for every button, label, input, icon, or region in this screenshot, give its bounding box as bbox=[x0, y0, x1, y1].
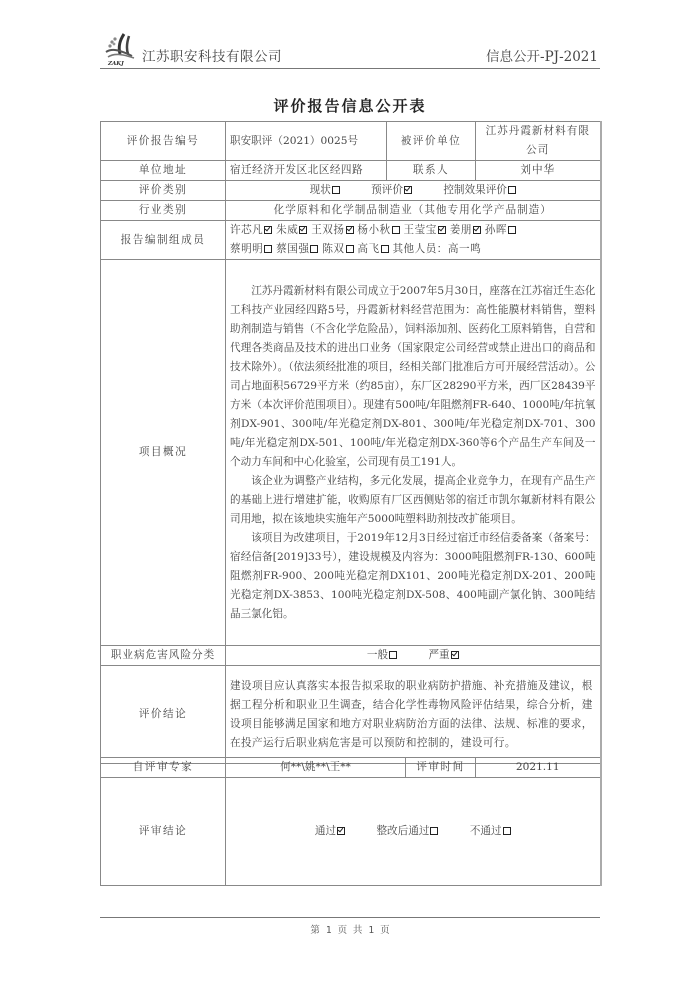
eval-type-options: 现状 预评价 控制效果评价 bbox=[226, 181, 601, 201]
other-members-label: 其他人员： bbox=[392, 243, 447, 255]
report-no-label: 评价报告编号 bbox=[101, 122, 226, 161]
checkbox-icon bbox=[381, 245, 389, 253]
experts-value: 何**\姚**\王** bbox=[226, 758, 406, 778]
evaluated-unit-value: 江苏丹霞新材料有限公司 bbox=[476, 122, 601, 161]
member-3[interactable]: 杨小秋 bbox=[357, 224, 399, 236]
address-label: 单位地址 bbox=[101, 161, 226, 181]
member-8[interactable]: 蔡国强 bbox=[276, 243, 318, 255]
company-name: 江苏职安科技有限公司 bbox=[142, 45, 282, 65]
members-list: 许芯凡 朱威 王双扬 杨小秋 王莹宝 姜朋 孙晖 蔡明明 蔡国强 陈双 高飞 其… bbox=[226, 221, 601, 260]
member-4[interactable]: 王莹宝 bbox=[404, 224, 446, 236]
overview-label: 项目概况 bbox=[101, 260, 226, 646]
contact-value: 刘中华 bbox=[476, 161, 601, 181]
overview-paragraph-3: 该项目为改建项目，于2019年12月3日经过宿迁市经信委备案（备案号：宿经信备[… bbox=[230, 529, 596, 624]
evaluated-unit-label: 被评价单位 bbox=[387, 122, 476, 161]
option-control-effect[interactable]: 控制效果评价 bbox=[443, 184, 516, 196]
option-pass[interactable]: 通过 bbox=[315, 825, 345, 837]
option-pass-after-fix[interactable]: 整改后通过 bbox=[376, 825, 438, 837]
checkbox-icon bbox=[389, 651, 397, 659]
checkbox-checked-icon bbox=[438, 226, 446, 234]
industry-label: 行业类别 bbox=[101, 201, 226, 221]
member-0[interactable]: 许芯凡 bbox=[230, 224, 272, 236]
member-5[interactable]: 姜朋 bbox=[450, 224, 481, 236]
page-current: 1 bbox=[326, 925, 332, 936]
option-status-quo[interactable]: 现状 bbox=[310, 184, 340, 196]
page-header: ZAKJ 江苏职安科技有限公司 信息公开-PJ-2021 bbox=[100, 28, 600, 69]
conclusion-label: 评价结论 bbox=[101, 666, 226, 764]
report-no-value: 职安职评（2021）0025号 bbox=[226, 122, 387, 161]
checkbox-checked-icon bbox=[404, 186, 412, 194]
eval-type-label: 评价类别 bbox=[101, 181, 226, 201]
row-report-no: 评价报告编号 职安职评（2021）0025号 被评价单位 江苏丹霞新材料有限公司 bbox=[101, 122, 601, 161]
review-table: 自评审专家 何**\姚**\王** 评审时间 2021.11 评审结论 通过 整… bbox=[100, 757, 602, 886]
page-total: 1 bbox=[368, 925, 374, 936]
row-risk: 职业病危害风险分类 一般 严重 bbox=[101, 646, 601, 666]
row-conclusion: 评价结论 建设项目应认真落实本报告拟采取的职业病防护措施、补充措施及建议，根据工… bbox=[101, 666, 601, 764]
review-result-options: 通过 整改后通过 不通过 bbox=[226, 778, 601, 886]
overview-content: 江苏丹霞新材料有限公司成立于2007年5月30日，座落在江苏宿迁生态化工科技产业… bbox=[226, 260, 601, 646]
checkbox-checked-icon bbox=[299, 226, 307, 234]
review-time-value: 2021.11 bbox=[476, 758, 601, 778]
option-fail[interactable]: 不通过 bbox=[470, 825, 511, 837]
address-value: 宿迁经济开发区北区经四路 bbox=[226, 161, 387, 181]
checkbox-icon bbox=[332, 186, 340, 194]
row-review-result: 评审结论 通过 整改后通过 不通过 bbox=[101, 778, 601, 886]
footer-divider bbox=[100, 917, 600, 918]
other-members-value: 高一鸣 bbox=[448, 243, 481, 255]
member-10[interactable]: 高飞 bbox=[357, 243, 388, 255]
review-result-label: 评审结论 bbox=[101, 778, 226, 886]
page-title: 评价报告信息公开表 bbox=[0, 95, 700, 116]
member-1[interactable]: 朱威 bbox=[276, 224, 307, 236]
checkbox-icon bbox=[310, 245, 318, 253]
members-label: 报告编制组成员 bbox=[101, 221, 226, 260]
checkbox-icon bbox=[392, 226, 400, 234]
document-code: 信息公开-PJ-2021 bbox=[486, 45, 598, 65]
checkbox-icon bbox=[346, 245, 354, 253]
checkbox-icon bbox=[508, 186, 516, 194]
industry-value: 化学原料和化学制品制造业（其他专用化学产品制造） bbox=[226, 201, 601, 221]
checkbox-checked-icon bbox=[473, 226, 481, 234]
checkbox-checked-icon bbox=[337, 827, 345, 835]
checkbox-icon bbox=[508, 226, 516, 234]
member-9[interactable]: 陈双 bbox=[322, 243, 353, 255]
checkbox-checked-icon bbox=[451, 651, 459, 659]
row-members: 报告编制组成员 许芯凡 朱威 王双扬 杨小秋 王莹宝 姜朋 孙晖 蔡明明 蔡国强… bbox=[101, 221, 601, 260]
risk-options: 一般 严重 bbox=[226, 646, 601, 666]
row-eval-type: 评价类别 现状 预评价 控制效果评价 bbox=[101, 181, 601, 201]
checkbox-checked-icon bbox=[346, 226, 354, 234]
conclusion-text: 建设项目应认真落实本报告拟采取的职业病防护措施、补充措施及建议，根据工程分析和职… bbox=[226, 666, 601, 764]
info-table: 评价报告编号 职安职评（2021）0025号 被评价单位 江苏丹霞新材料有限公司… bbox=[100, 121, 602, 764]
page-footer: 第1页 共1页 bbox=[0, 922, 700, 936]
member-2[interactable]: 王双扬 bbox=[311, 224, 353, 236]
checkbox-icon bbox=[430, 827, 438, 835]
row-industry: 行业类别 化学原料和化学制品制造业（其他专用化学产品制造） bbox=[101, 201, 601, 221]
experts-label: 自评审专家 bbox=[101, 758, 226, 778]
overview-paragraph-2: 该企业为调整产业结构，多元化发展，提高企业竞争力，在现有产品生产的基础上进行增建… bbox=[230, 472, 596, 529]
row-experts: 自评审专家 何**\姚**\王** 评审时间 2021.11 bbox=[101, 758, 601, 778]
checkbox-checked-icon bbox=[264, 226, 272, 234]
overview-paragraph-1: 江苏丹霞新材料有限公司成立于2007年5月30日，座落在江苏宿迁生态化工科技产业… bbox=[230, 282, 596, 472]
member-7[interactable]: 蔡明明 bbox=[230, 243, 272, 255]
row-overview: 项目概况 江苏丹霞新材料有限公司成立于2007年5月30日，座落在江苏宿迁生态化… bbox=[101, 260, 601, 646]
row-address: 单位地址 宿迁经济开发区北区经四路 联系人 刘中华 bbox=[101, 161, 601, 181]
member-6[interactable]: 孙晖 bbox=[485, 224, 516, 236]
option-severe[interactable]: 严重 bbox=[428, 649, 458, 661]
review-time-label: 评审时间 bbox=[406, 758, 476, 778]
company-logo-icon: ZAKJ bbox=[102, 30, 140, 66]
checkbox-icon bbox=[503, 827, 511, 835]
checkbox-icon bbox=[264, 245, 272, 253]
svg-text:ZAKJ: ZAKJ bbox=[107, 61, 124, 66]
option-general[interactable]: 一般 bbox=[367, 649, 397, 661]
risk-label: 职业病危害风险分类 bbox=[101, 646, 226, 666]
option-pre-eval[interactable]: 预评价 bbox=[371, 184, 412, 196]
contact-label: 联系人 bbox=[387, 161, 476, 181]
